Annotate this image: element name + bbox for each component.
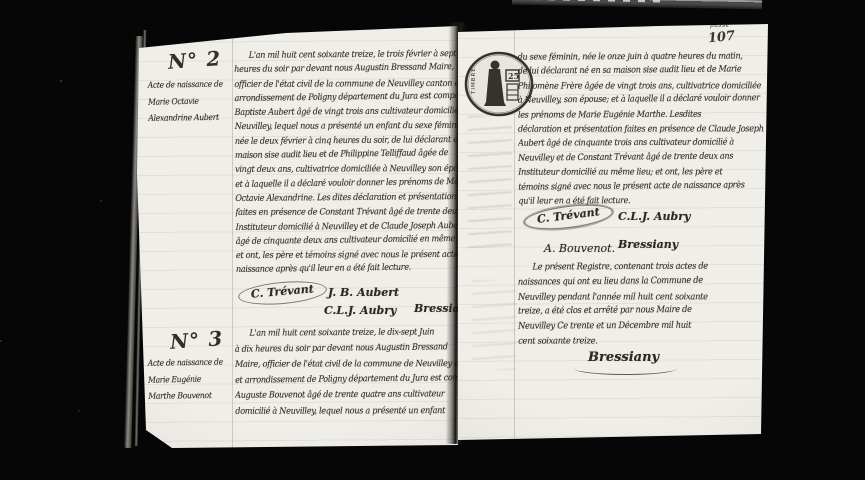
handwritten-line: Baptiste Aubert âgé de vingt trois ans c…: [235, 104, 441, 120]
act3-continuation: du sexe féminin, née le onze juin à quat…: [518, 49, 765, 209]
signature-aubry: C.L.J. Aubry: [618, 210, 690, 223]
handwritten-line: témoins signé avec nous le présent acte …: [518, 178, 744, 195]
handwritten-line: déclaration et présentation faites en pr…: [518, 122, 747, 137]
closing-signature: Bressiany: [588, 350, 659, 365]
handwritten-line: Octavie Alexandrine. Les dites déclarati…: [235, 190, 441, 206]
act3-body: L'an mil huit cent soixante treize, le d…: [235, 325, 460, 420]
ink-bleedthrough: [468, 116, 512, 256]
handwritten-line: de lui déclarant né en sa maison sise au…: [518, 63, 744, 80]
act-number-3: N° 3: [169, 326, 224, 354]
handwritten-line: âgé de cinquante deux ans cultivateur do…: [236, 232, 442, 249]
handwritten-line: à Neuvilley, son épouse; et à laquelle i…: [518, 92, 744, 109]
handwritten-line: cent soixante treize.: [518, 334, 732, 349]
folio-number: 107: [707, 29, 736, 47]
handwritten-line: les prénoms de Marie Eugénie Marthe. Les…: [518, 107, 744, 123]
register-scan: N° 2 Acte de naissance deMarie OctavieAl…: [0, 0, 865, 480]
handwritten-line: naissances qui ont eu lieu dans la Commu…: [518, 273, 730, 290]
act2-body: L'an mil huit cent soixante treize, le t…: [234, 47, 460, 278]
handwritten-line: arrondissement de Poligny département du…: [234, 89, 440, 106]
handwritten-line: Alexandrine Aubert: [148, 109, 234, 127]
handwritten-line: Acte de naissance de: [148, 353, 233, 371]
handwritten-line: naissance après qu'il leur en a été fait…: [236, 261, 442, 278]
signature-aubry: C.L.J. Aubry: [324, 304, 396, 317]
handwritten-line: maison sise audit lieu et de Philippine …: [235, 146, 441, 163]
handwritten-line: heures du soir par devant nous Augustin …: [234, 61, 440, 78]
mention-bouvenot: A. Bouvenot.: [544, 242, 615, 255]
handwritten-line: Neuvilley Ce trente et un Décembre mil h…: [518, 319, 730, 335]
signature-trevant: C. Trévant: [238, 282, 327, 304]
label-text-fragment: [518, 0, 668, 3]
cropped-label-strip: [512, 0, 762, 9]
handwritten-line: et arrondissement de Poligny département…: [235, 371, 441, 389]
handwritten-line: Acte de naissance de: [148, 75, 233, 93]
handwritten-line: domicilié à Neuvilley, lequel nous a pré…: [235, 404, 443, 420]
corner-word: passé: [710, 22, 730, 29]
handwritten-line: à dix heures du soir par devant nous Aug…: [235, 340, 441, 358]
margin-note-act2: Acte de naissance deMarie OctavieAlexand…: [148, 75, 241, 126]
handwritten-line: treize, a été clos et arrêté par nous Ma…: [518, 303, 730, 320]
act-number-2: N° 2: [167, 46, 222, 74]
mention-mayor-signature: Bressiany: [618, 238, 678, 251]
handwritten-line: et à laquelle il a déclaré vouloir donne…: [235, 175, 441, 192]
closing-statement: Le présent Registre, contenant trois act…: [518, 259, 748, 349]
handwritten-line: Marie Eugénie: [148, 369, 233, 387]
right-page: 25 TIMBRE passé 107 du sexe féminin, née…: [458, 20, 768, 440]
dust-speckles: [60, 80, 62, 82]
handwritten-line: Auguste Bouvenot âgé de trente quatre an…: [235, 388, 441, 405]
handwritten-line: Neuvilley et de Constant Trévant âgé de …: [518, 149, 744, 166]
left-page: N° 2 Acte de naissance deMarie OctavieAl…: [136, 24, 458, 448]
handwritten-line: Marie Octavie: [148, 91, 233, 109]
handwritten-line: Marthe Bouvenot: [148, 387, 234, 405]
margin-note-act3: Acte de naissance deMarie EugénieMarthe …: [148, 353, 241, 404]
stamp-side-text: TIMBRE: [471, 67, 477, 95]
ink-bleedthrough: [472, 280, 516, 370]
signature-trevant: C. Trévant: [524, 206, 613, 228]
signature-aubert: J. B. Aubert: [328, 286, 399, 299]
